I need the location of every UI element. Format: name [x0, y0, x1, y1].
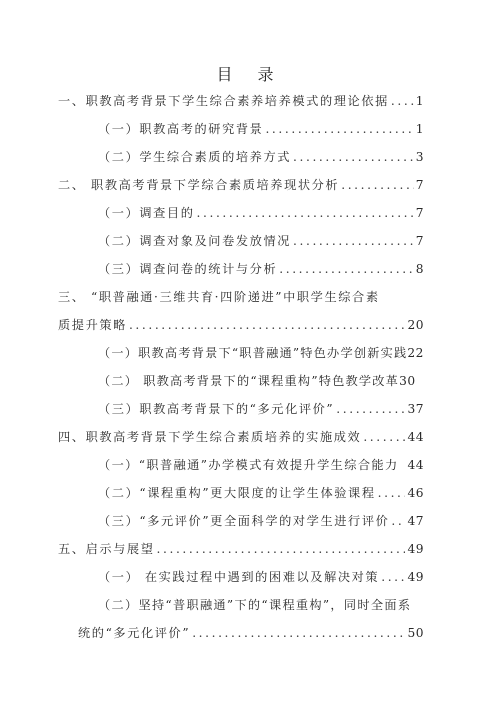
toc-page-number: 3 — [416, 147, 424, 167]
toc-leader-dots — [157, 539, 406, 559]
toc-entry-3-3[interactable]: （三）职教高考背景下的“多元化评价” 37 — [98, 399, 424, 419]
toc-entry-text: （三）“多元评价”更全面科学的对学生进行评价 — [98, 511, 389, 531]
toc-page-number: 20 — [407, 315, 424, 335]
toc-entry-5-2-line1[interactable]: （二）坚持“普职融通”下的“课程重构”，同时全面系 — [98, 595, 411, 615]
toc-entry-5-1[interactable]: （一） 在实践过程中遇到的困难以及解决对策 49 — [98, 567, 424, 587]
toc-page-number: 44 — [407, 427, 424, 447]
toc-entry-text: 四、职教高考背景下学生综合素质培养的实施成效 — [58, 427, 361, 447]
toc-entry-5-2[interactable]: 统的“多元化评价” 50 — [78, 623, 424, 643]
toc-leader-dots — [293, 231, 414, 251]
toc-page-number: 47 — [407, 511, 424, 531]
toc-entry-text: （三）调查问卷的统计与分析 — [98, 259, 277, 279]
toc-leader-dots — [265, 119, 413, 139]
toc-leader-dots — [336, 399, 405, 419]
toc-entry-1[interactable]: 一、职教高考背景下学生综合素养培养模式的理论依据 1 — [58, 91, 424, 111]
toc-page-number: 46 — [407, 483, 424, 503]
toc-entry-text: （一） 在实践过程中遇到的困难以及解决对策 — [98, 567, 379, 587]
toc-leader-dots — [293, 147, 414, 167]
toc-page-number: 44 — [407, 455, 424, 475]
toc-entry-2-2[interactable]: （二）调查对象及问卷发放情况 7 — [98, 231, 424, 251]
toc-entry-2-3[interactable]: （三）调查问卷的统计与分析 8 — [98, 259, 424, 279]
toc-entry-text: （一）“职普融通”办学模式有效提升学生综合能力 — [98, 455, 399, 475]
toc-entry-text: 二、 职教高考背景下学综合素质培养现状分析 — [58, 175, 339, 195]
toc-entry-text: （二）“课程重构”更大限度的让学生体验课程 — [98, 483, 376, 503]
toc-entry-text: （二） 职教高考背景下的“课程重构”特色教学改革 — [98, 371, 399, 391]
toc-entry-4-3[interactable]: （三）“多元评价”更全面科学的对学生进行评价 47 — [98, 511, 424, 531]
toc-page-number: 7 — [416, 203, 424, 223]
toc-page-number: 1 — [416, 91, 424, 111]
toc-page-number: 49 — [407, 539, 424, 559]
toc-entry-3[interactable]: 质提升策略 20 — [58, 315, 424, 335]
toc-page-number: 1 — [416, 119, 424, 139]
toc-title: 目 录 — [0, 62, 500, 85]
toc-page-number: 37 — [407, 399, 424, 419]
toc-entry-3-1[interactable]: （一）职教高考背景下“职普融通”特色办学创新实践 22 — [98, 343, 424, 363]
toc-entry-1-1[interactable]: （一）职教高考的研究背景 1 — [98, 119, 424, 139]
toc-page-number: 30 — [399, 371, 416, 391]
toc-entry-text: 质提升策略 — [58, 315, 127, 335]
toc-entry-3-line1[interactable]: 三、 “职普融通·三维共育·四阶递进”中职学生综合素 — [58, 287, 380, 307]
toc-page-number: 7 — [416, 175, 424, 195]
toc-entry-5[interactable]: 五、启示与展望 49 — [58, 539, 424, 559]
toc-leader-dots — [378, 483, 406, 503]
toc-page-number: 7 — [416, 231, 424, 251]
toc-entry-text: （三）职教高考背景下的“多元化评价” — [98, 399, 334, 419]
toc-entry-text: （一）职教高考背景下“职普融通”特色办学创新实践 — [98, 343, 407, 363]
toc-leader-dots — [192, 623, 405, 643]
toc-entry-4-1[interactable]: （一）“职普融通”办学模式有效提升学生综合能力 44 — [98, 455, 424, 475]
toc-entry-3-2[interactable]: （二） 职教高考背景下的“课程重构”特色教学改革 30 — [98, 371, 424, 391]
toc-entry-4[interactable]: 四、职教高考背景下学生综合素质培养的实施成效 44 — [58, 427, 424, 447]
toc-leader-dots — [197, 203, 414, 223]
toc-entry-2[interactable]: 二、 职教高考背景下学综合素质培养现状分析 7 — [58, 175, 424, 195]
toc-entry-text: （二）学生综合素质的培养方式 — [98, 147, 291, 167]
toc-leader-dots — [391, 511, 405, 531]
toc-leader-dots — [341, 175, 414, 195]
toc-leader-dots — [279, 259, 413, 279]
toc-page-number: 49 — [407, 567, 424, 587]
toc-entry-text: （一）职教高考的研究背景 — [98, 119, 263, 139]
toc-leader-dots — [391, 91, 414, 111]
toc-leader-dots — [363, 427, 405, 447]
toc-entry-text: 一、职教高考背景下学生综合素养培养模式的理论依据 — [58, 91, 389, 111]
toc-entry-1-2[interactable]: （二）学生综合素质的培养方式 3 — [98, 147, 424, 167]
toc-page-number: 50 — [407, 623, 424, 643]
toc-entry-2-1[interactable]: （一）调查目的 7 — [98, 203, 424, 223]
toc-entry-4-2[interactable]: （二）“课程重构”更大限度的让学生体验课程 46 — [98, 483, 424, 503]
toc-entry-text: （一）调查目的 — [98, 203, 195, 223]
toc-entry-text: （二）调查对象及问卷发放情况 — [98, 231, 291, 251]
toc-entry-text: 五、启示与展望 — [58, 539, 155, 559]
toc-leader-dots — [381, 567, 405, 587]
toc-page-number: 22 — [407, 343, 424, 363]
toc-entry-text: 统的“多元化评价” — [78, 623, 190, 643]
toc-page-number: 8 — [416, 259, 424, 279]
toc-leader-dots — [129, 315, 406, 335]
